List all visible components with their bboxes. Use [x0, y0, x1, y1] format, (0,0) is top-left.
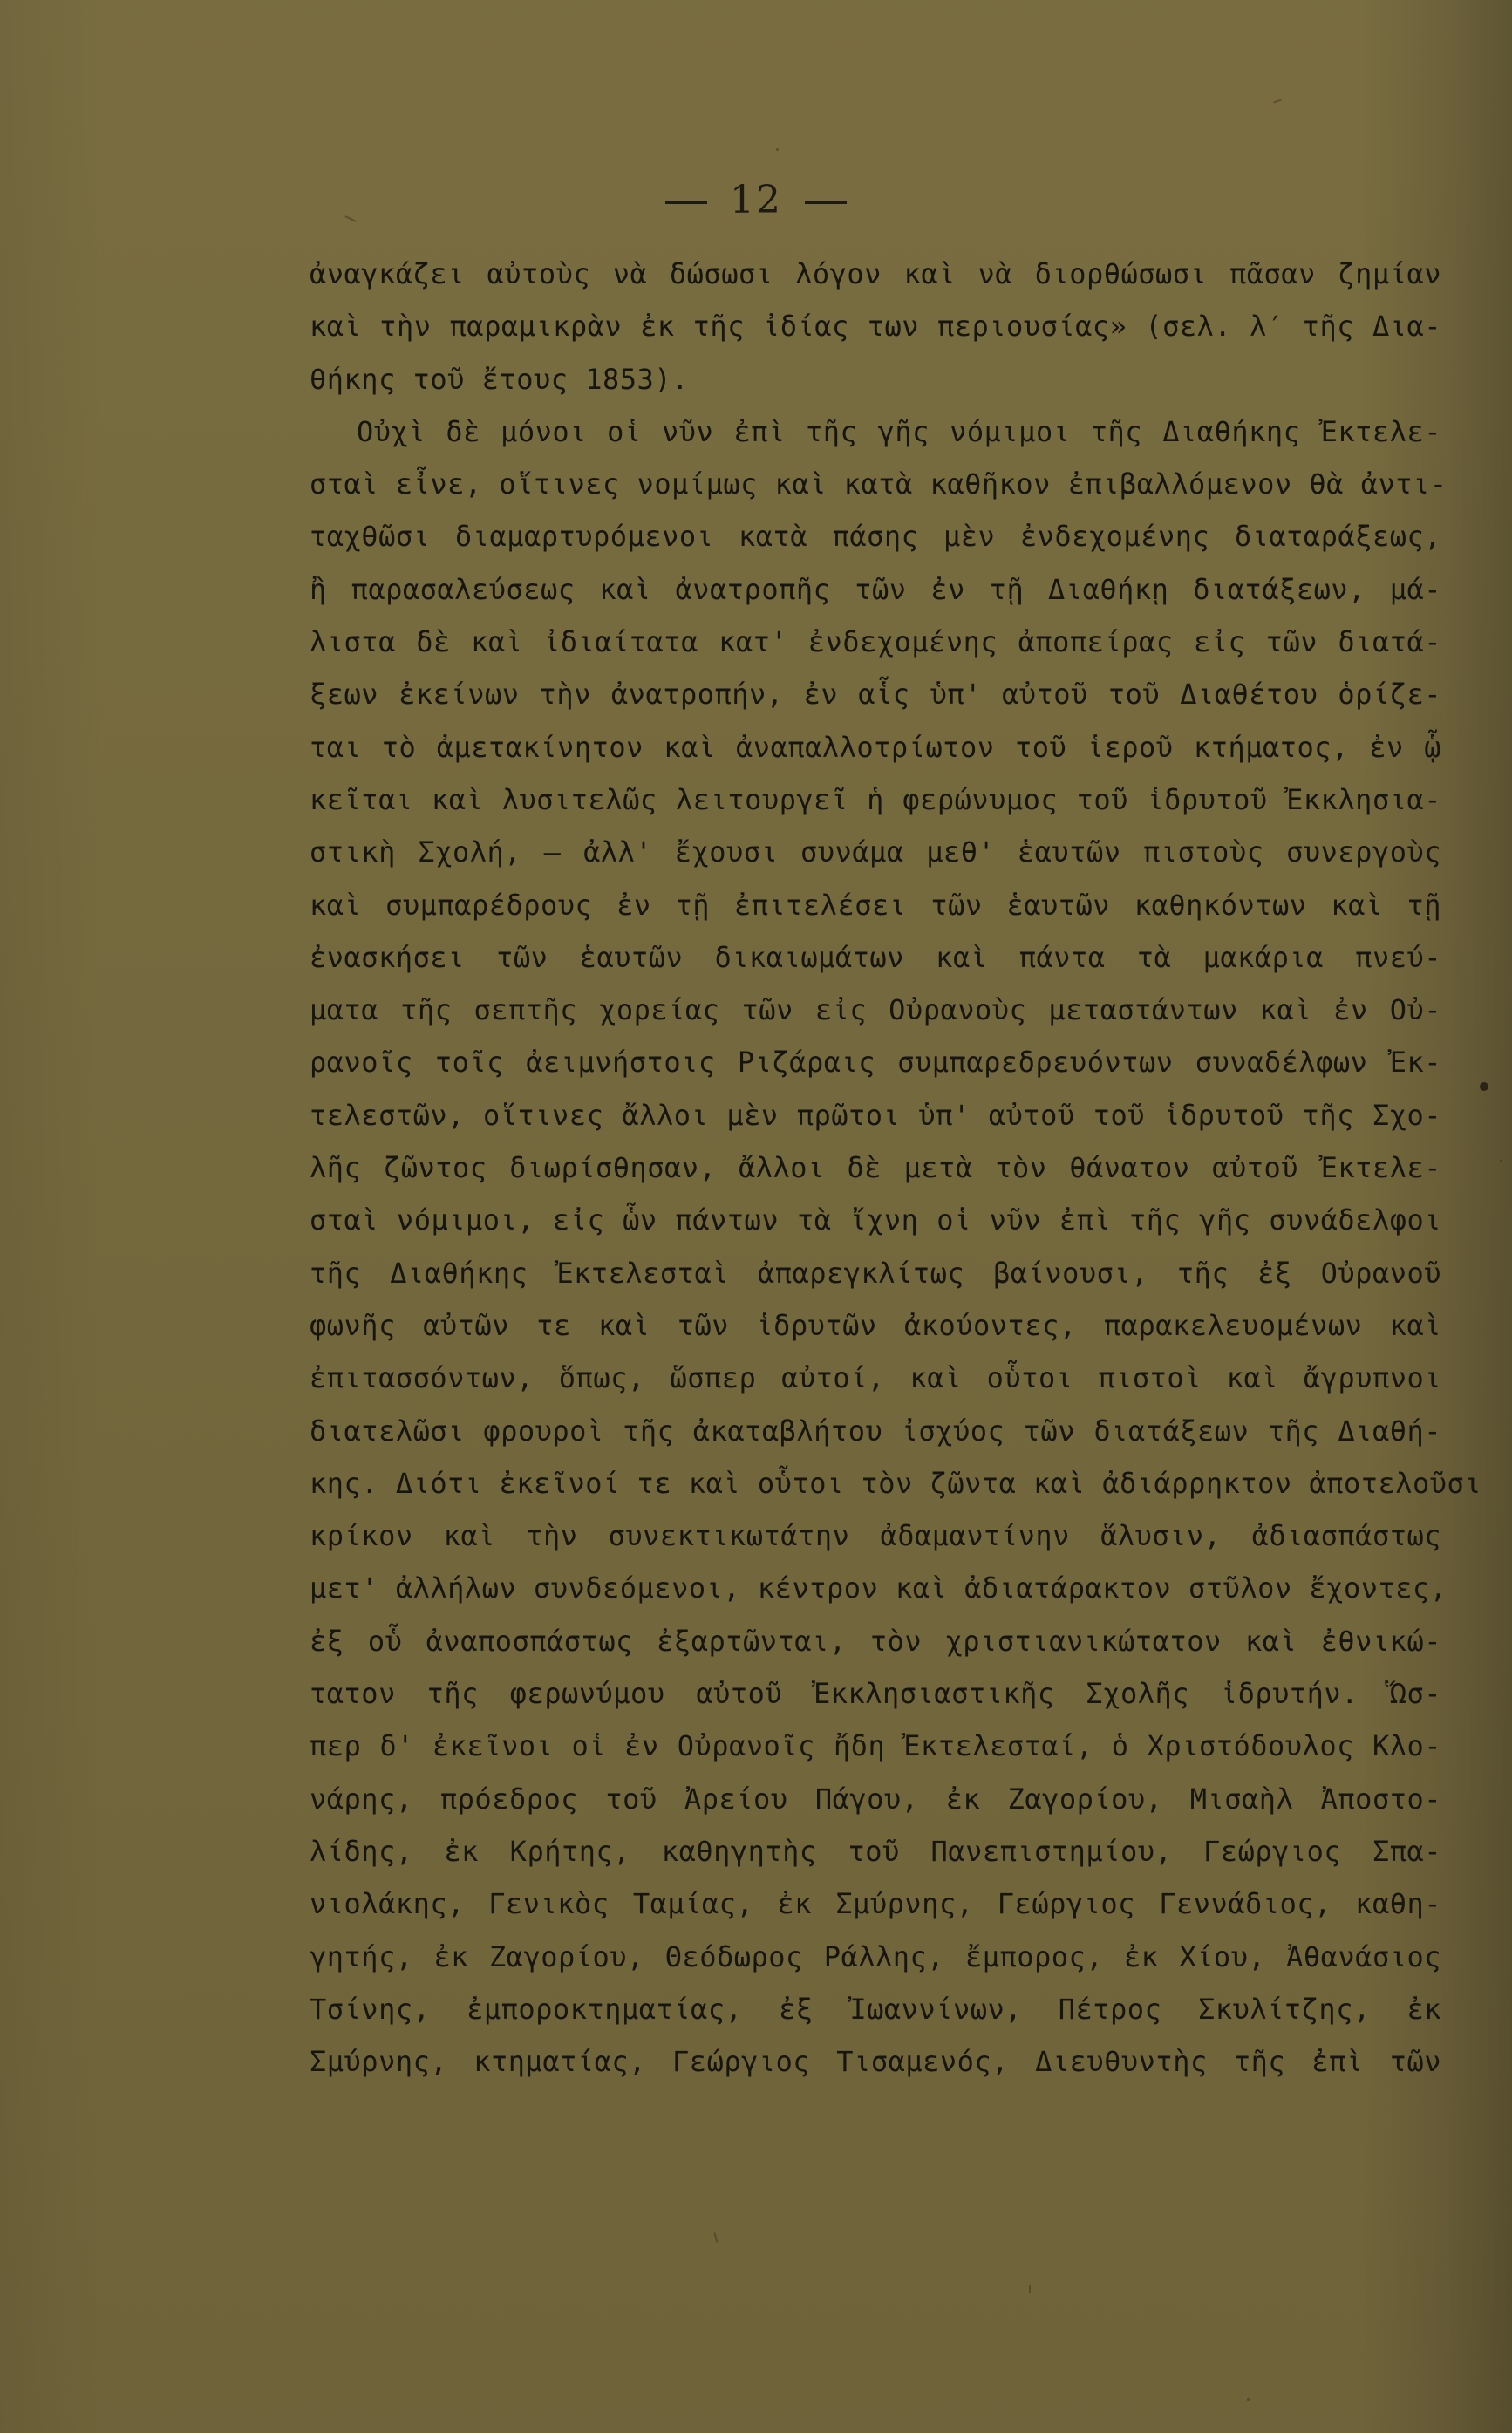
- paper-speck: [776, 148, 779, 151]
- text-line: νάρης, πρόεδρος τοῦ Ἀρείου Πάγου, ἐκ Ζαγ…: [310, 1773, 1441, 1825]
- paper-speck: [1273, 99, 1282, 103]
- text-line: θήκης τοῦ ἔτους 1853).: [310, 353, 1441, 405]
- text-line: τῆς Διαθήκης Ἐκτελεσταὶ ἀπαρεγκλίτως βαί…: [310, 1247, 1441, 1299]
- text-line: ρανοῖς τοῖς ἀειμνήστοις Ριζάραις συμπαρε…: [310, 1036, 1441, 1088]
- page-number-dash-left: [665, 201, 707, 204]
- paper-speck: [1247, 2398, 1250, 2401]
- paper-speck: [1500, 1160, 1502, 1162]
- paragraph-start-line: Οὐχὶ δὲ μόνοι οἱ νῦν ἐπὶ τῆς γῆς νόμιμοι…: [310, 405, 1441, 458]
- text-line: τελεστῶν, οἵτινες ἄλλοι μὲν πρῶτοι ὑπ' α…: [310, 1089, 1441, 1142]
- text-line: κεῖται καὶ λυσιτελῶς λειτουργεῖ ἡ φερώνυ…: [310, 774, 1441, 826]
- text-line: περ δ' ἐκεῖνοι οἱ ἐν Οὐρανοῖς ἤδη Ἐκτελε…: [310, 1720, 1441, 1772]
- text-line: λίδης, ἐκ Κρήτης, καθηγητὴς τοῦ Πανεπιστ…: [310, 1825, 1441, 1878]
- text-line: νιολάκης, Γενικὸς Ταμίας, ἐκ Σμύρνης, Γε…: [310, 1878, 1441, 1930]
- paper-speck: [1029, 2285, 1031, 2293]
- text-line: γητής, ἐκ Ζαγορίου, Θεόδωρος Ράλλης, ἔμπ…: [310, 1931, 1441, 1983]
- text-line: τατον τῆς φερωνύμου αὐτοῦ Ἐκκλησιαστικῆς…: [310, 1667, 1441, 1720]
- paper-speck: [713, 2232, 718, 2243]
- text-line: ξεων ἐκείνων τὴν ἀνατροπήν, ἐν αἷς ὑπ' α…: [310, 668, 1441, 720]
- text-line: φωνῆς αὐτῶν τε καὶ τῶν ἱδρυτῶν ἀκούοντες…: [310, 1299, 1441, 1352]
- text-line: Τσίνης, ἐμποροκτηματίας, ἐξ Ἰωαννίνων, Π…: [310, 1983, 1441, 2035]
- text-line: σταὶ εἶνε, οἵτινες νομίμως καὶ κατὰ καθῆ…: [310, 458, 1441, 510]
- body-text: ἀναγκάζει αὐτοὺς νὰ δώσωσι λόγον καὶ νὰ …: [310, 248, 1441, 2088]
- margin-ink-dot: [1480, 1082, 1488, 1091]
- text-line: καὶ συμπαρέδρους ἐν τῇ ἐπιτελέσει τῶν ἑα…: [310, 879, 1441, 931]
- scanned-page: 12 ἀναγκάζει αὐτοὺς νὰ δώσωσι λόγον καὶ …: [0, 0, 1512, 2433]
- text-line: καὶ τὴν παραμικρὰν ἐκ τῆς ἰδίας των περι…: [310, 300, 1441, 352]
- text-line: ἐνασκήσει τῶν ἑαυτῶν δικαιωμάτων καὶ πάν…: [310, 931, 1441, 984]
- text-line: ταχθῶσι διαμαρτυρόμενοι κατὰ πάσης μὲν ἐ…: [310, 510, 1441, 562]
- text-line: ἐξ οὗ ἀναποσπάστως ἐξαρτῶνται, τὸν χριστ…: [310, 1615, 1441, 1667]
- text-line: ματα τῆς σεπτῆς χορείας τῶν εἰς Οὐρανοὺς…: [310, 984, 1441, 1036]
- text-line: ἀναγκάζει αὐτοὺς νὰ δώσωσι λόγον καὶ νὰ …: [310, 248, 1441, 300]
- page-number-dash-right: [805, 201, 847, 204]
- text-line: λῆς ζῶντος διωρίσθησαν, ἄλλοι δὲ μετὰ τὸ…: [310, 1142, 1441, 1194]
- text-line: ἐπιτασσόντων, ὅπως, ὥσπερ αὐτοί, καὶ οὗτ…: [310, 1352, 1441, 1404]
- text-line: ἢ παρασαλεύσεως καὶ ἀνατροπῆς τῶν ἐν τῇ …: [310, 563, 1441, 616]
- text-line: Σμύρνης, κτηματίας, Γεώργιος Τισαμενός, …: [310, 2035, 1441, 2088]
- text-line: σταὶ νόμιμοι, εἰς ὧν πάντων τὰ ἴχνη οἱ ν…: [310, 1194, 1441, 1246]
- text-line: κης. Διότι ἐκεῖνοί τε καὶ οὗτοι τὸν ζῶντ…: [310, 1457, 1441, 1510]
- text-line: ται τὸ ἀμετακίνητον καὶ ἀναπαλλοτρίωτον …: [310, 721, 1441, 774]
- text-line: μετ' ἀλλήλων συνδεόμενοι, κέντρον καὶ ἀδ…: [310, 1562, 1441, 1614]
- page-number: 12: [0, 178, 1512, 222]
- page-number-value: 12: [730, 178, 782, 222]
- text-line: στικὴ Σχολή, — ἀλλ' ἔχουσι συνάμα μεθ' ἑ…: [310, 826, 1441, 878]
- text-line: κρίκον καὶ τὴν συνεκτικωτάτην ἀδαμαντίνη…: [310, 1510, 1441, 1562]
- text-line: λιστα δὲ καὶ ἰδιαίτατα κατ' ἐνδεχομένης …: [310, 616, 1441, 668]
- text-line: διατελῶσι φρουροὶ τῆς ἀκαταβλήτου ἰσχύος…: [310, 1405, 1441, 1457]
